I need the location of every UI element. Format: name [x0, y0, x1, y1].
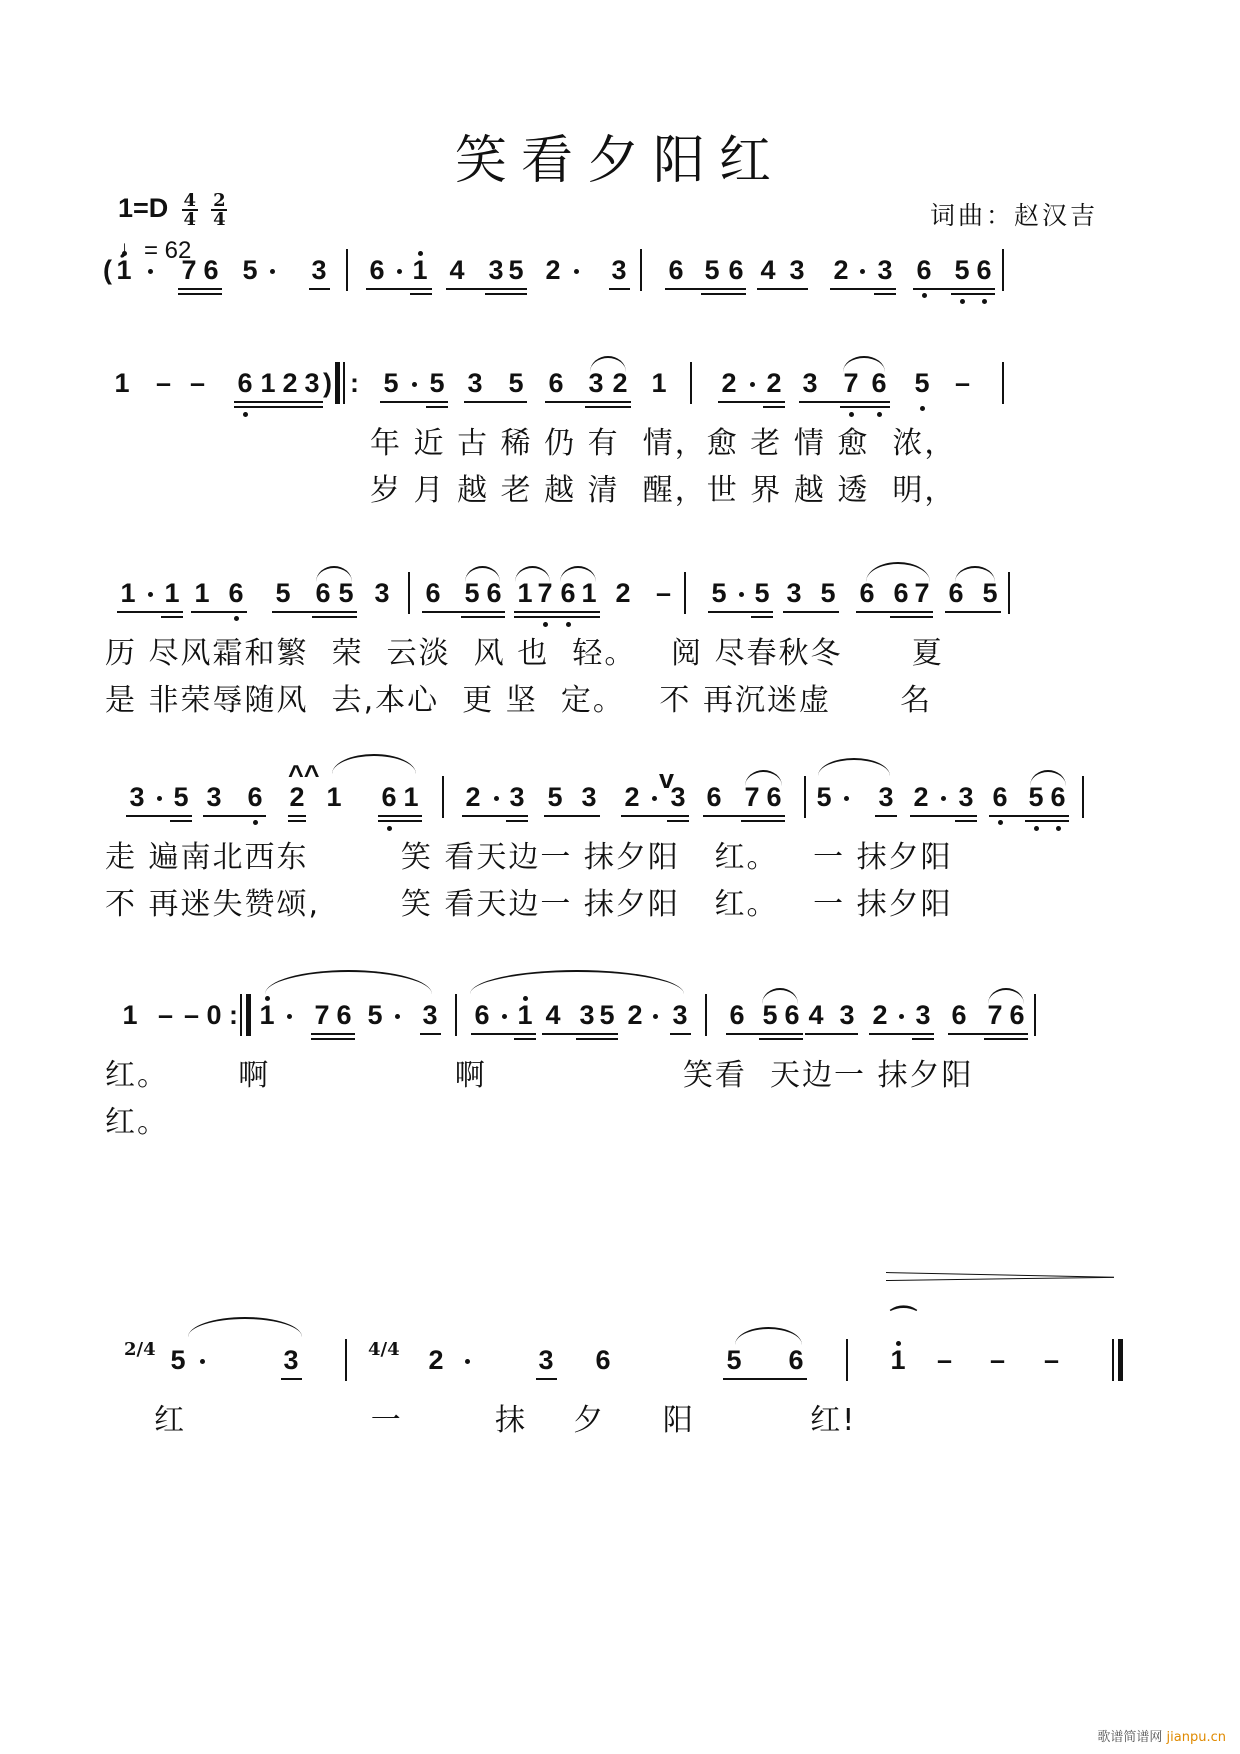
octave-dot [896, 1341, 901, 1346]
slur [843, 356, 885, 372]
beam [726, 1033, 803, 1035]
beam [869, 1033, 934, 1035]
dot [412, 382, 417, 387]
octave-dot [982, 299, 987, 304]
note: 6 [868, 368, 890, 398]
slur [560, 566, 596, 582]
beam [506, 820, 528, 822]
barline [455, 994, 457, 1036]
song-title: 笑看夕阳红 [0, 118, 1240, 193]
beam [514, 1038, 536, 1040]
beam [609, 288, 630, 290]
note: 5 [239, 255, 261, 285]
note: 3 [874, 255, 896, 285]
beam [272, 611, 357, 613]
note: 5 [701, 255, 723, 285]
beam [178, 288, 222, 290]
barline [1082, 776, 1084, 818]
octave-dot [922, 293, 927, 298]
beam [544, 815, 600, 817]
note: 6 [948, 1000, 970, 1030]
note: 3 [535, 1345, 557, 1375]
barline [1002, 249, 1004, 291]
note: 3 [585, 368, 607, 398]
note: 1 [117, 578, 139, 608]
dot [465, 1359, 470, 1364]
note: 1 [119, 1000, 141, 1030]
note: 5 [380, 368, 402, 398]
beam [665, 288, 746, 290]
note: 3 [464, 368, 486, 398]
double-barline [335, 362, 340, 404]
note: 1 [887, 1345, 909, 1375]
octave-dot [877, 412, 882, 417]
time-signature-2-4: 24 [211, 192, 227, 228]
note: 6 [913, 255, 935, 285]
note: 5 [813, 782, 835, 812]
note: 6 [471, 1000, 493, 1030]
dot [844, 796, 849, 801]
beam [701, 293, 746, 295]
symbol: : [229, 1000, 238, 1030]
note: 3 [203, 782, 225, 812]
note: 3 [576, 1000, 598, 1030]
note: 6 [781, 1000, 803, 1030]
beam [311, 1033, 355, 1035]
note: 2 [830, 255, 852, 285]
beam [741, 820, 785, 822]
beam [311, 1038, 355, 1040]
dot [574, 269, 579, 274]
note: 6 [1006, 1000, 1028, 1030]
dot [270, 269, 275, 274]
beam [875, 815, 897, 817]
beam [288, 820, 306, 822]
beam [461, 616, 505, 618]
slur [735, 1327, 802, 1345]
barline [343, 362, 345, 404]
note: 2 [624, 1000, 646, 1030]
note: 1 [161, 578, 183, 608]
symbol: – [955, 368, 970, 398]
note: 7 [840, 368, 862, 398]
beam [426, 406, 448, 408]
barline [846, 1339, 848, 1381]
beam [170, 820, 192, 822]
note: 4 [757, 255, 779, 285]
beam [805, 1033, 858, 1035]
note: 5 [167, 1345, 189, 1375]
beam [670, 1033, 691, 1035]
note: 6 [378, 782, 400, 812]
lyric: 红 一 抹 夕 阳 红! [108, 1395, 856, 1439]
beam [410, 293, 432, 295]
barline [1034, 994, 1036, 1036]
barline [346, 249, 348, 291]
dot [941, 796, 946, 801]
octave-dot [523, 996, 528, 1001]
note: 6 [422, 578, 444, 608]
note: 6 [244, 782, 266, 812]
note: 5 [505, 255, 527, 285]
note: 2 [621, 782, 643, 812]
lyric: 走 遍南北西东 笑 看天边一 抹夕阳 红。 一 抹夕阳 [105, 832, 953, 876]
note: 1 [257, 368, 279, 398]
note: 3 [506, 782, 528, 812]
note: 2 [609, 368, 631, 398]
note: 5 [461, 578, 483, 608]
beam [703, 815, 785, 817]
symbol: : [350, 368, 359, 398]
dot [148, 592, 153, 597]
lyric: 红。 啊 啊 笑看 天边一 抹夕阳 [105, 1050, 974, 1094]
note: 6 [856, 578, 878, 608]
note: 5 [544, 782, 566, 812]
symbol: – [656, 578, 671, 608]
note: 1 [400, 782, 422, 812]
beam [288, 815, 306, 817]
beam [955, 820, 977, 822]
beam [874, 293, 896, 295]
dot [502, 1014, 507, 1019]
beam [751, 616, 773, 618]
note: 3 [280, 1345, 302, 1375]
note: 6 [726, 1000, 748, 1030]
note: 3 [875, 782, 897, 812]
octave-dot [234, 616, 239, 621]
beam [723, 1378, 807, 1380]
beam [462, 815, 528, 817]
note: 5 [170, 782, 192, 812]
note: 4 [542, 1000, 564, 1030]
time-signature-4-4: 4/4 [368, 1341, 400, 1358]
barline [345, 1339, 347, 1381]
slur [955, 566, 995, 582]
octave-dot [849, 412, 854, 417]
beam [763, 406, 785, 408]
symbol: – [1044, 1345, 1059, 1375]
lyric: 红。 [105, 1097, 169, 1141]
barline [408, 572, 410, 614]
beam [910, 815, 977, 817]
note: 7 [984, 1000, 1006, 1030]
note: 3 [301, 368, 323, 398]
beam [309, 288, 330, 290]
note: 2 [910, 782, 932, 812]
slur [818, 758, 890, 776]
barline [1002, 362, 1004, 404]
slur [590, 356, 626, 372]
barline [1008, 572, 1010, 614]
slur [470, 970, 684, 994]
beam [545, 401, 631, 403]
note: 0 [203, 1000, 225, 1030]
beam [890, 616, 933, 618]
octave-dot [1056, 826, 1061, 831]
note: 6 [973, 255, 995, 285]
note: 7 [178, 255, 200, 285]
double-barline [1118, 1339, 1123, 1381]
dot [860, 269, 865, 274]
beam [840, 406, 890, 408]
symbol: – [184, 1000, 199, 1030]
symbol: ) [323, 368, 332, 398]
note: 7 [311, 1000, 333, 1030]
note: 3 [786, 255, 808, 285]
lyric: 是 非荣辱随风 去,本心 更 坚 定。 不 再沉迷虚 名 [105, 675, 932, 719]
slur [745, 770, 782, 786]
dot [750, 382, 755, 387]
note: 2 [425, 1345, 447, 1375]
note: 6 [483, 578, 505, 608]
symbol: ^^ [288, 760, 320, 790]
beam [464, 401, 527, 403]
note: 3 [419, 1000, 441, 1030]
barline [804, 776, 806, 818]
octave-dot [122, 251, 127, 256]
beam [117, 611, 183, 613]
beam [126, 815, 192, 817]
double-barline [246, 994, 251, 1036]
note: 1 [323, 782, 345, 812]
beam [783, 611, 839, 613]
slur [1030, 770, 1066, 786]
key-label: 1=D [118, 193, 168, 223]
beam [913, 288, 995, 290]
note: 5 [1025, 782, 1047, 812]
dot [157, 796, 162, 801]
slur [188, 1317, 302, 1337]
barline [690, 362, 692, 404]
note: 3 [783, 578, 805, 608]
note: 3 [669, 1000, 691, 1030]
note: 6 [312, 578, 334, 608]
note: 6 [989, 782, 1011, 812]
time-signature-4-4: 44 [182, 192, 198, 228]
dot [899, 1014, 904, 1019]
beam [380, 401, 448, 403]
note: 5 [951, 255, 973, 285]
octave-dot [253, 820, 258, 825]
beam [757, 288, 808, 290]
dot [494, 796, 499, 801]
dot [397, 269, 402, 274]
dot [395, 1014, 400, 1019]
beam [485, 293, 527, 295]
octave-dot [960, 299, 965, 304]
barline [705, 994, 707, 1036]
beam [948, 1033, 1028, 1035]
beam [203, 815, 266, 817]
barline [640, 249, 642, 291]
beam [830, 288, 896, 290]
note: 2 [869, 1000, 891, 1030]
beam [585, 406, 631, 408]
symbol: – [156, 368, 171, 398]
symbol: ⌒ [890, 1305, 917, 1335]
time-signature-2-4: 2/4 [124, 1341, 156, 1358]
symbol: – [158, 1000, 173, 1030]
beam [718, 401, 785, 403]
note: 3 [308, 255, 330, 285]
beam [514, 611, 600, 613]
note: 6 [366, 255, 388, 285]
barline [442, 776, 444, 818]
note: 1 [409, 255, 431, 285]
note: 7 [741, 782, 763, 812]
note: 3 [485, 255, 507, 285]
octave-dot [566, 622, 571, 627]
note: 2 [462, 782, 484, 812]
dot [739, 592, 744, 597]
beam [446, 288, 527, 290]
beam [536, 1378, 557, 1380]
note: 1 [578, 578, 600, 608]
beam [471, 1033, 536, 1035]
lyric: 历 尽风霜和繁 荣 云淡 风 也 轻。 阅 尽春秋冬 夏 [105, 628, 944, 672]
symbol: – [190, 368, 205, 398]
lyric: 岁 月 越 老 越 清 醒，世 界 越 透 明， [370, 465, 956, 509]
beam [708, 611, 773, 613]
note: 6 [945, 578, 967, 608]
note: 6 [225, 578, 247, 608]
note: 5 [911, 368, 933, 398]
octave-dot [418, 251, 423, 256]
note: 1 [111, 368, 133, 398]
note: 1 [256, 1000, 278, 1030]
symbol: v [659, 764, 674, 794]
note: 3 [126, 782, 148, 812]
decrescendo-hairpin [886, 1277, 1114, 1281]
note: 5 [596, 1000, 618, 1030]
octave-dot [920, 406, 925, 411]
watermark: 歌谱简谱网 jianpu.cn [1097, 1726, 1226, 1745]
note: 5 [751, 578, 773, 608]
slur [515, 566, 550, 582]
note: 6 [234, 368, 256, 398]
beam [234, 406, 323, 408]
beam [945, 611, 1001, 613]
beam [799, 401, 890, 403]
note: 6 [592, 1345, 614, 1375]
octave-dot [543, 622, 548, 627]
note: 6 [200, 255, 222, 285]
slur [762, 988, 798, 1004]
note: 2 [279, 368, 301, 398]
beam [312, 616, 357, 618]
note: 3 [955, 782, 977, 812]
note: 7 [534, 578, 556, 608]
dot [653, 1014, 658, 1019]
slur [866, 562, 930, 582]
note: 4 [805, 1000, 827, 1030]
dot [200, 1359, 205, 1364]
beam [912, 1038, 934, 1040]
note: 5 [272, 578, 294, 608]
note: 6 [665, 255, 687, 285]
dot [148, 269, 153, 274]
dot [287, 1014, 292, 1019]
beam [759, 1038, 803, 1040]
note: 1 [648, 368, 670, 398]
beam [420, 1033, 441, 1035]
note: 2 [718, 368, 740, 398]
beam [989, 815, 1069, 817]
symbol: – [937, 1345, 952, 1375]
note: 7 [911, 578, 933, 608]
beam [378, 815, 422, 817]
beam [951, 293, 995, 295]
note: 4 [446, 255, 468, 285]
note: 3 [371, 578, 393, 608]
barline [684, 572, 686, 614]
note: 3 [799, 368, 821, 398]
slur [465, 566, 500, 582]
note: 3 [608, 255, 630, 285]
lyric: 年 近 古 稀 仍 有 情，愈 老 情 愈 浓， [370, 418, 956, 462]
note: 5 [708, 578, 730, 608]
octave-dot [243, 412, 248, 417]
beam [281, 1378, 302, 1380]
note: 5 [817, 578, 839, 608]
note: 5 [723, 1345, 745, 1375]
symbol: – [990, 1345, 1005, 1375]
note: 3 [912, 1000, 934, 1030]
note: 2 [763, 368, 785, 398]
octave-dot [387, 826, 392, 831]
note: 5 [335, 578, 357, 608]
note: 3 [836, 1000, 858, 1030]
note: 3 [578, 782, 600, 812]
double-barline [240, 994, 242, 1036]
slur [332, 754, 416, 774]
note: 6 [725, 255, 747, 285]
note: 2 [612, 578, 634, 608]
lyric: 不 再迷失赞颂, 笑 看天边一 抹夕阳 红。 一 抹夕阳 [105, 879, 953, 923]
slur [265, 970, 432, 994]
note: 5 [505, 368, 527, 398]
note: 6 [1047, 782, 1069, 812]
note: 1 [113, 255, 135, 285]
beam [856, 611, 933, 613]
slur [988, 988, 1024, 1004]
note: 6 [333, 1000, 355, 1030]
note: 1 [191, 578, 213, 608]
note: 6 [763, 782, 785, 812]
composer-credit: 词曲：赵汉吉 [930, 196, 1098, 232]
note: 1 [514, 578, 536, 608]
note: 6 [785, 1345, 807, 1375]
key-signature: 1=D 44 24 [118, 192, 227, 228]
slur [316, 566, 352, 582]
beam [178, 293, 222, 295]
beam [422, 611, 505, 613]
beam [621, 815, 689, 817]
beam [234, 401, 323, 403]
beam [161, 616, 183, 618]
note: 6 [890, 578, 912, 608]
double-barline [1112, 1339, 1114, 1381]
octave-dot [265, 996, 270, 1001]
note: 1 [514, 1000, 536, 1030]
beam [667, 820, 689, 822]
beam [514, 616, 600, 618]
beam [366, 288, 432, 290]
beam [984, 1038, 1028, 1040]
note: 5 [759, 1000, 781, 1030]
octave-dot [998, 820, 1003, 825]
beam [542, 1033, 618, 1035]
